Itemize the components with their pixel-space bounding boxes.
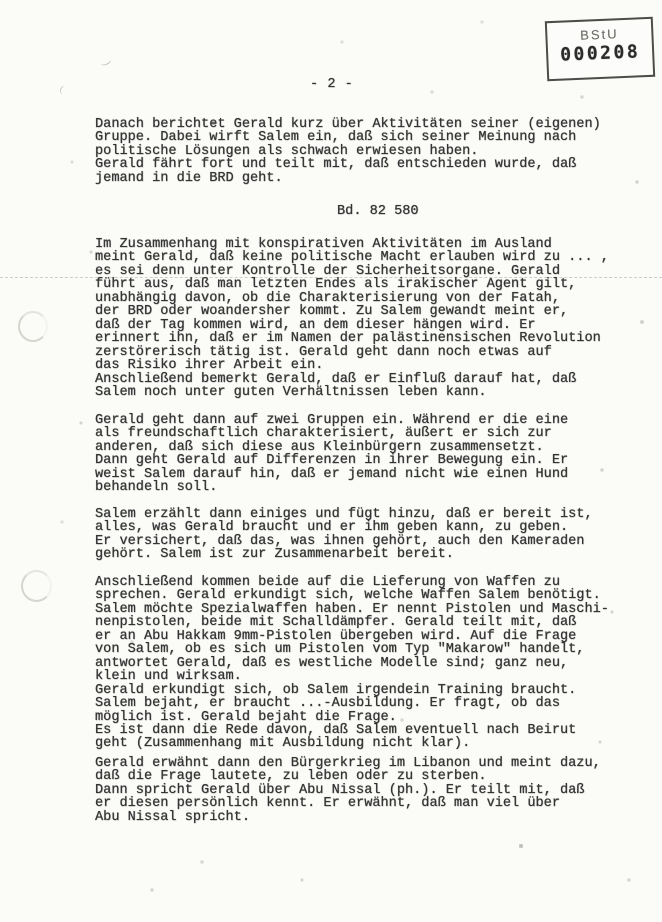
paragraph-lebanon-abu-nissal: Gerald erwähnt dann den Bürgerkrieg im L…: [95, 757, 601, 824]
bstu-archive-stamp: BStU 000208: [545, 17, 655, 81]
paragraph-conspirative-activities: Im Zusammenhang mit konspirativen Aktivi…: [95, 238, 609, 399]
pencil-squiggle-mark: [99, 56, 112, 67]
pencil-squiggle-mark: [59, 85, 70, 96]
scan-noise-speckles: [0, 0, 2, 2]
paragraph-weapons-delivery: Anschließend kommen beide auf die Liefer…: [95, 576, 609, 751]
scanned-document-page: BStU 000208 - 2 - Danach berichtet Geral…: [0, 0, 662, 922]
paragraph-salem-cooperation: Salem erzählt dann einiges und fügt hinz…: [95, 508, 593, 562]
stamp-sheet-number: 000208: [548, 41, 653, 66]
page-number: - 2 -: [310, 78, 353, 91]
volume-reference: Bd. 82 580: [337, 205, 419, 218]
punch-hole-bottom: [21, 570, 52, 602]
punch-hole-top: [18, 311, 48, 342]
paragraph-two-groups: Gerald geht dann auf zwei Gruppen ein. W…: [95, 414, 568, 495]
paragraph-gerald-report: Danach berichtet Gerald kurz über Aktivi…: [95, 118, 601, 185]
